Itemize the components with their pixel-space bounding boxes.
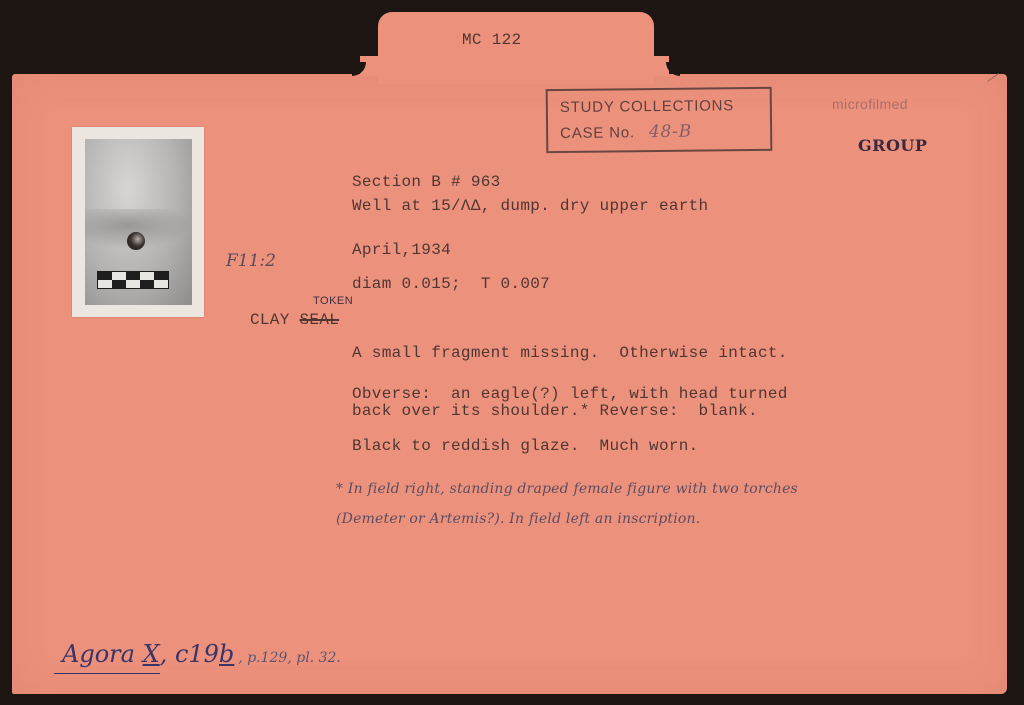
reference-series: Agora [62, 640, 135, 668]
obverse-line-1: Obverse: an eagle(?) left, with head tur… [352, 385, 788, 403]
reference-underline [54, 673, 160, 674]
material-type: CLAY [250, 311, 290, 329]
object-photograph [72, 127, 204, 317]
microfilmed-stamp: microfilmed [832, 96, 908, 112]
stamp-case-number: 48-B [649, 122, 692, 142]
tab-label: MC 122 [462, 31, 521, 49]
reference-entry: c19 [175, 640, 219, 668]
findspot-line: Well at 15/ΛΔ, dump. dry upper earth [352, 197, 708, 215]
footnote-line-2: (Demeter or Artemis?). In field left an … [336, 511, 700, 527]
token-object-icon [127, 232, 145, 250]
reference-volume: X [143, 640, 160, 668]
scale-bar-icon [97, 271, 169, 289]
group-stamp: GROUP [858, 136, 927, 155]
reference-pages: , p.129, pl. 32. [238, 650, 341, 666]
photo-image [85, 139, 192, 305]
obverse-line-2: back over its shoulder.* Reverse: blank. [352, 402, 758, 420]
stamp-case-line: CASE No.48-B [560, 122, 692, 143]
study-collections-stamp: STUDY COLLECTIONS CASE No.48-B [546, 87, 773, 153]
date-line: April,1934 [352, 241, 451, 259]
footnote-line-1: * In field right, standing draped female… [336, 481, 798, 497]
stamp-title: STUDY COLLECTIONS [560, 97, 734, 116]
stamp-case-label: CASE No. [560, 124, 635, 142]
section-line: Section B # 963 [352, 173, 501, 191]
publication-reference: Agora X, c19b, p.129, pl. 32. [62, 640, 341, 668]
condition-line: A small fragment missing. Otherwise inta… [352, 344, 788, 362]
reference-entry-suffix: b [219, 640, 234, 668]
glaze-line: Black to reddish glaze. Much worn. [352, 437, 699, 455]
material-label: CLAY SEAL [250, 311, 339, 329]
catalog-code-handwritten: F11:2 [226, 251, 276, 271]
material-struck-word: SEAL [300, 311, 340, 329]
dimensions-line: diam 0.015; T 0.007 [352, 275, 550, 293]
material-correction: TOKEN [313, 295, 353, 307]
